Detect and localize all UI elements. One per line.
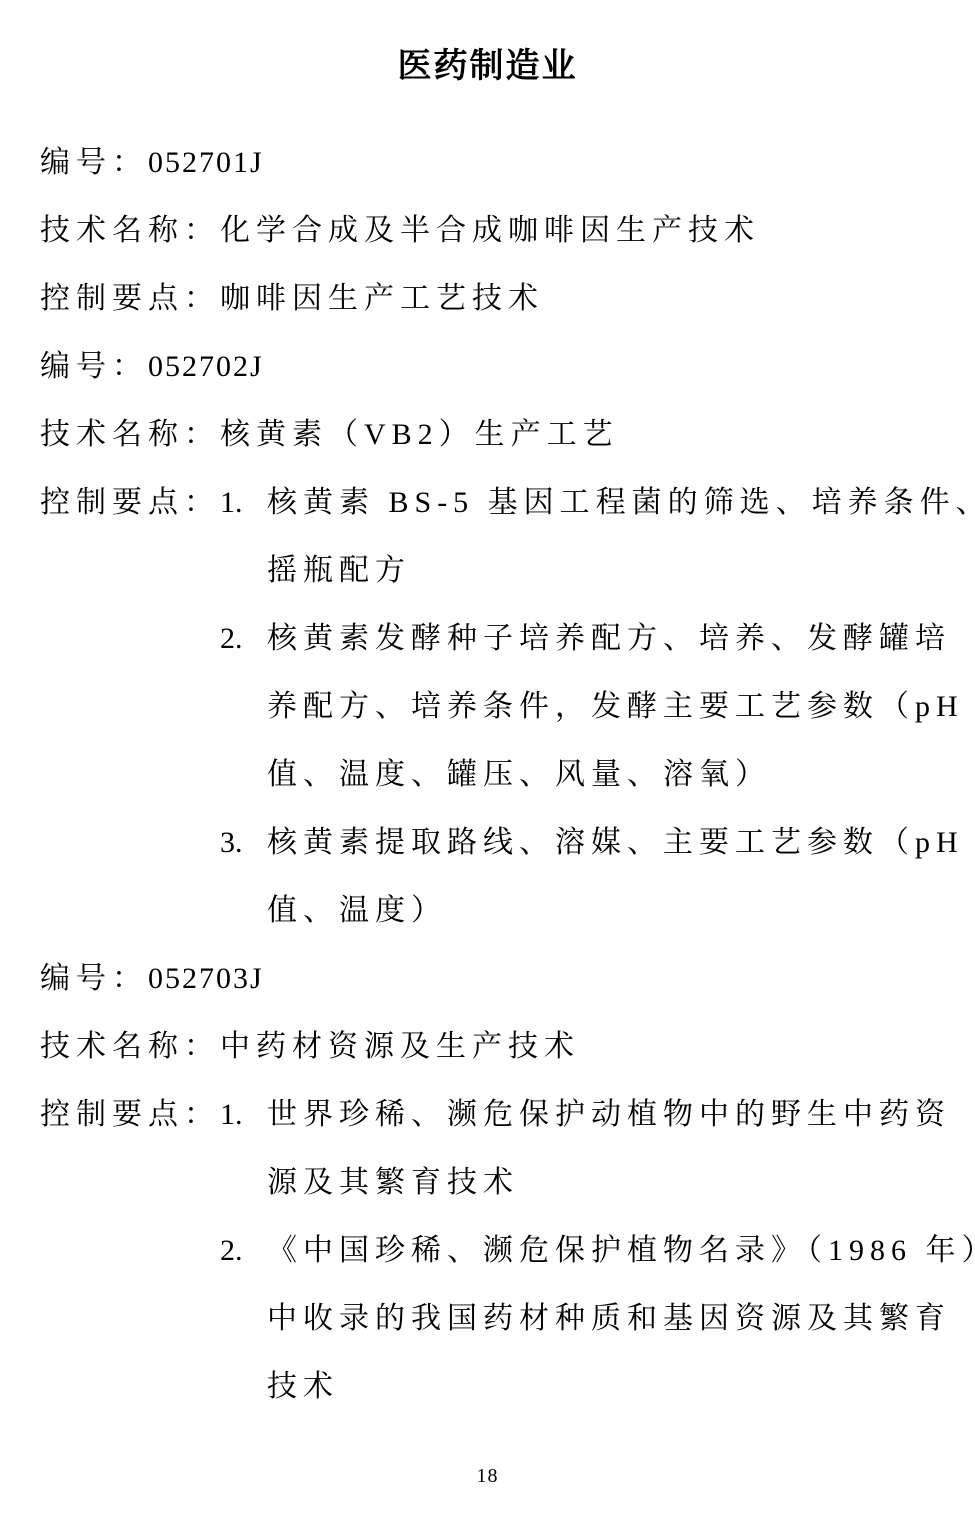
list-item-text: 核黄素 BS-5 基因工程菌的筛选、培养条件、	[267, 486, 975, 519]
tech-name-label: 技术名称：	[40, 1030, 220, 1063]
list-item-continuation: 摇瓶配方	[40, 537, 935, 605]
document-page: 医药制造业 编号：052701J 技术名称：化学合成及半合成咖啡因生产技术 控制…	[0, 0, 975, 1524]
control-points-label: 控制要点：	[40, 1098, 220, 1131]
entry-number-row: 编号：052701J	[40, 129, 935, 197]
list-item-continuation: 源及其繁育技术	[40, 1149, 935, 1217]
list-item-text: 核黄素发酵种子培养配方、培养、发酵罐培	[267, 622, 951, 655]
tech-name-value: 化学合成及半合成咖啡因生产技术	[220, 214, 760, 247]
document-title: 医药制造业	[0, 38, 975, 87]
list-item-text: 养配方、培养条件，发酵主要工艺参数（pH	[267, 690, 964, 723]
list-item-number: 1.	[220, 1081, 267, 1149]
number-value: 052702J	[148, 350, 264, 383]
tech-name-value: 中药材资源及生产技术	[220, 1030, 580, 1063]
entry-techname-row: 技术名称：化学合成及半合成咖啡因生产技术	[40, 197, 935, 265]
tech-name-label: 技术名称：	[40, 418, 220, 451]
number-label: 编号：	[40, 350, 148, 383]
entry-techname-row: 技术名称：核黄素（VB2）生产工艺	[40, 401, 935, 469]
list-item-number: 1.	[220, 469, 267, 537]
control-points-label: 控制要点：	[40, 486, 220, 519]
list-item-continuation: 养配方、培养条件，发酵主要工艺参数（pH	[40, 673, 935, 741]
list-item-text: 技术	[267, 1370, 339, 1403]
entry-techname-row: 技术名称：中药材资源及生产技术	[40, 1013, 935, 1081]
control-points-label: 控制要点：	[40, 282, 220, 315]
list-item-text: 世界珍稀、濒危保护动植物中的野生中药资	[267, 1098, 951, 1131]
list-item-number: 3.	[220, 809, 267, 877]
list-item-text: 值、温度）	[267, 894, 447, 927]
entry-controlpoints-row: 控制要点：咖啡因生产工艺技术	[40, 265, 935, 333]
list-item-continuation: 值、温度）	[40, 877, 935, 945]
list-item-row: 3.核黄素提取路线、溶媒、主要工艺参数（pH	[40, 809, 935, 877]
number-value: 052701J	[148, 146, 264, 179]
control-point-text: 咖啡因生产工艺技术	[220, 282, 544, 315]
entry-number-row: 编号：052703J	[40, 945, 935, 1013]
list-item-text: 《中国珍稀、濒危保护植物名录》（1986 年）	[267, 1234, 975, 1267]
document-body: 编号：052701J 技术名称：化学合成及半合成咖啡因生产技术 控制要点：咖啡因…	[40, 129, 935, 1421]
list-item-continuation: 值、温度、罐压、风量、溶氧）	[40, 741, 935, 809]
list-item-text: 核黄素提取路线、溶媒、主要工艺参数（pH	[267, 826, 964, 859]
list-item-text: 源及其繁育技术	[267, 1166, 519, 1199]
list-item-text: 摇瓶配方	[267, 554, 411, 587]
number-label: 编号：	[40, 146, 148, 179]
list-item-text: 中收录的我国药材种质和基因资源及其繁育	[267, 1302, 951, 1335]
list-item-continuation: 中收录的我国药材种质和基因资源及其繁育	[40, 1285, 935, 1353]
page-number: 18	[0, 1465, 975, 1488]
list-item-number: 2.	[220, 605, 267, 673]
list-item-number: 2.	[220, 1217, 267, 1285]
entry-controlpoints-row: 控制要点：1.世界珍稀、濒危保护动植物中的野生中药资	[40, 1081, 935, 1149]
tech-name-value: 核黄素（VB2）生产工艺	[220, 418, 619, 451]
number-label: 编号：	[40, 962, 148, 995]
entry-controlpoints-row: 控制要点：1.核黄素 BS-5 基因工程菌的筛选、培养条件、	[40, 469, 935, 537]
number-value: 052703J	[148, 962, 264, 995]
list-item-row: 2.核黄素发酵种子培养配方、培养、发酵罐培	[40, 605, 935, 673]
list-item-text: 值、温度、罐压、风量、溶氧）	[267, 758, 771, 791]
entry-number-row: 编号：052702J	[40, 333, 935, 401]
tech-name-label: 技术名称：	[40, 214, 220, 247]
list-item-continuation: 技术	[40, 1353, 935, 1421]
list-item-row: 2.《中国珍稀、濒危保护植物名录》（1986 年）	[40, 1217, 935, 1285]
